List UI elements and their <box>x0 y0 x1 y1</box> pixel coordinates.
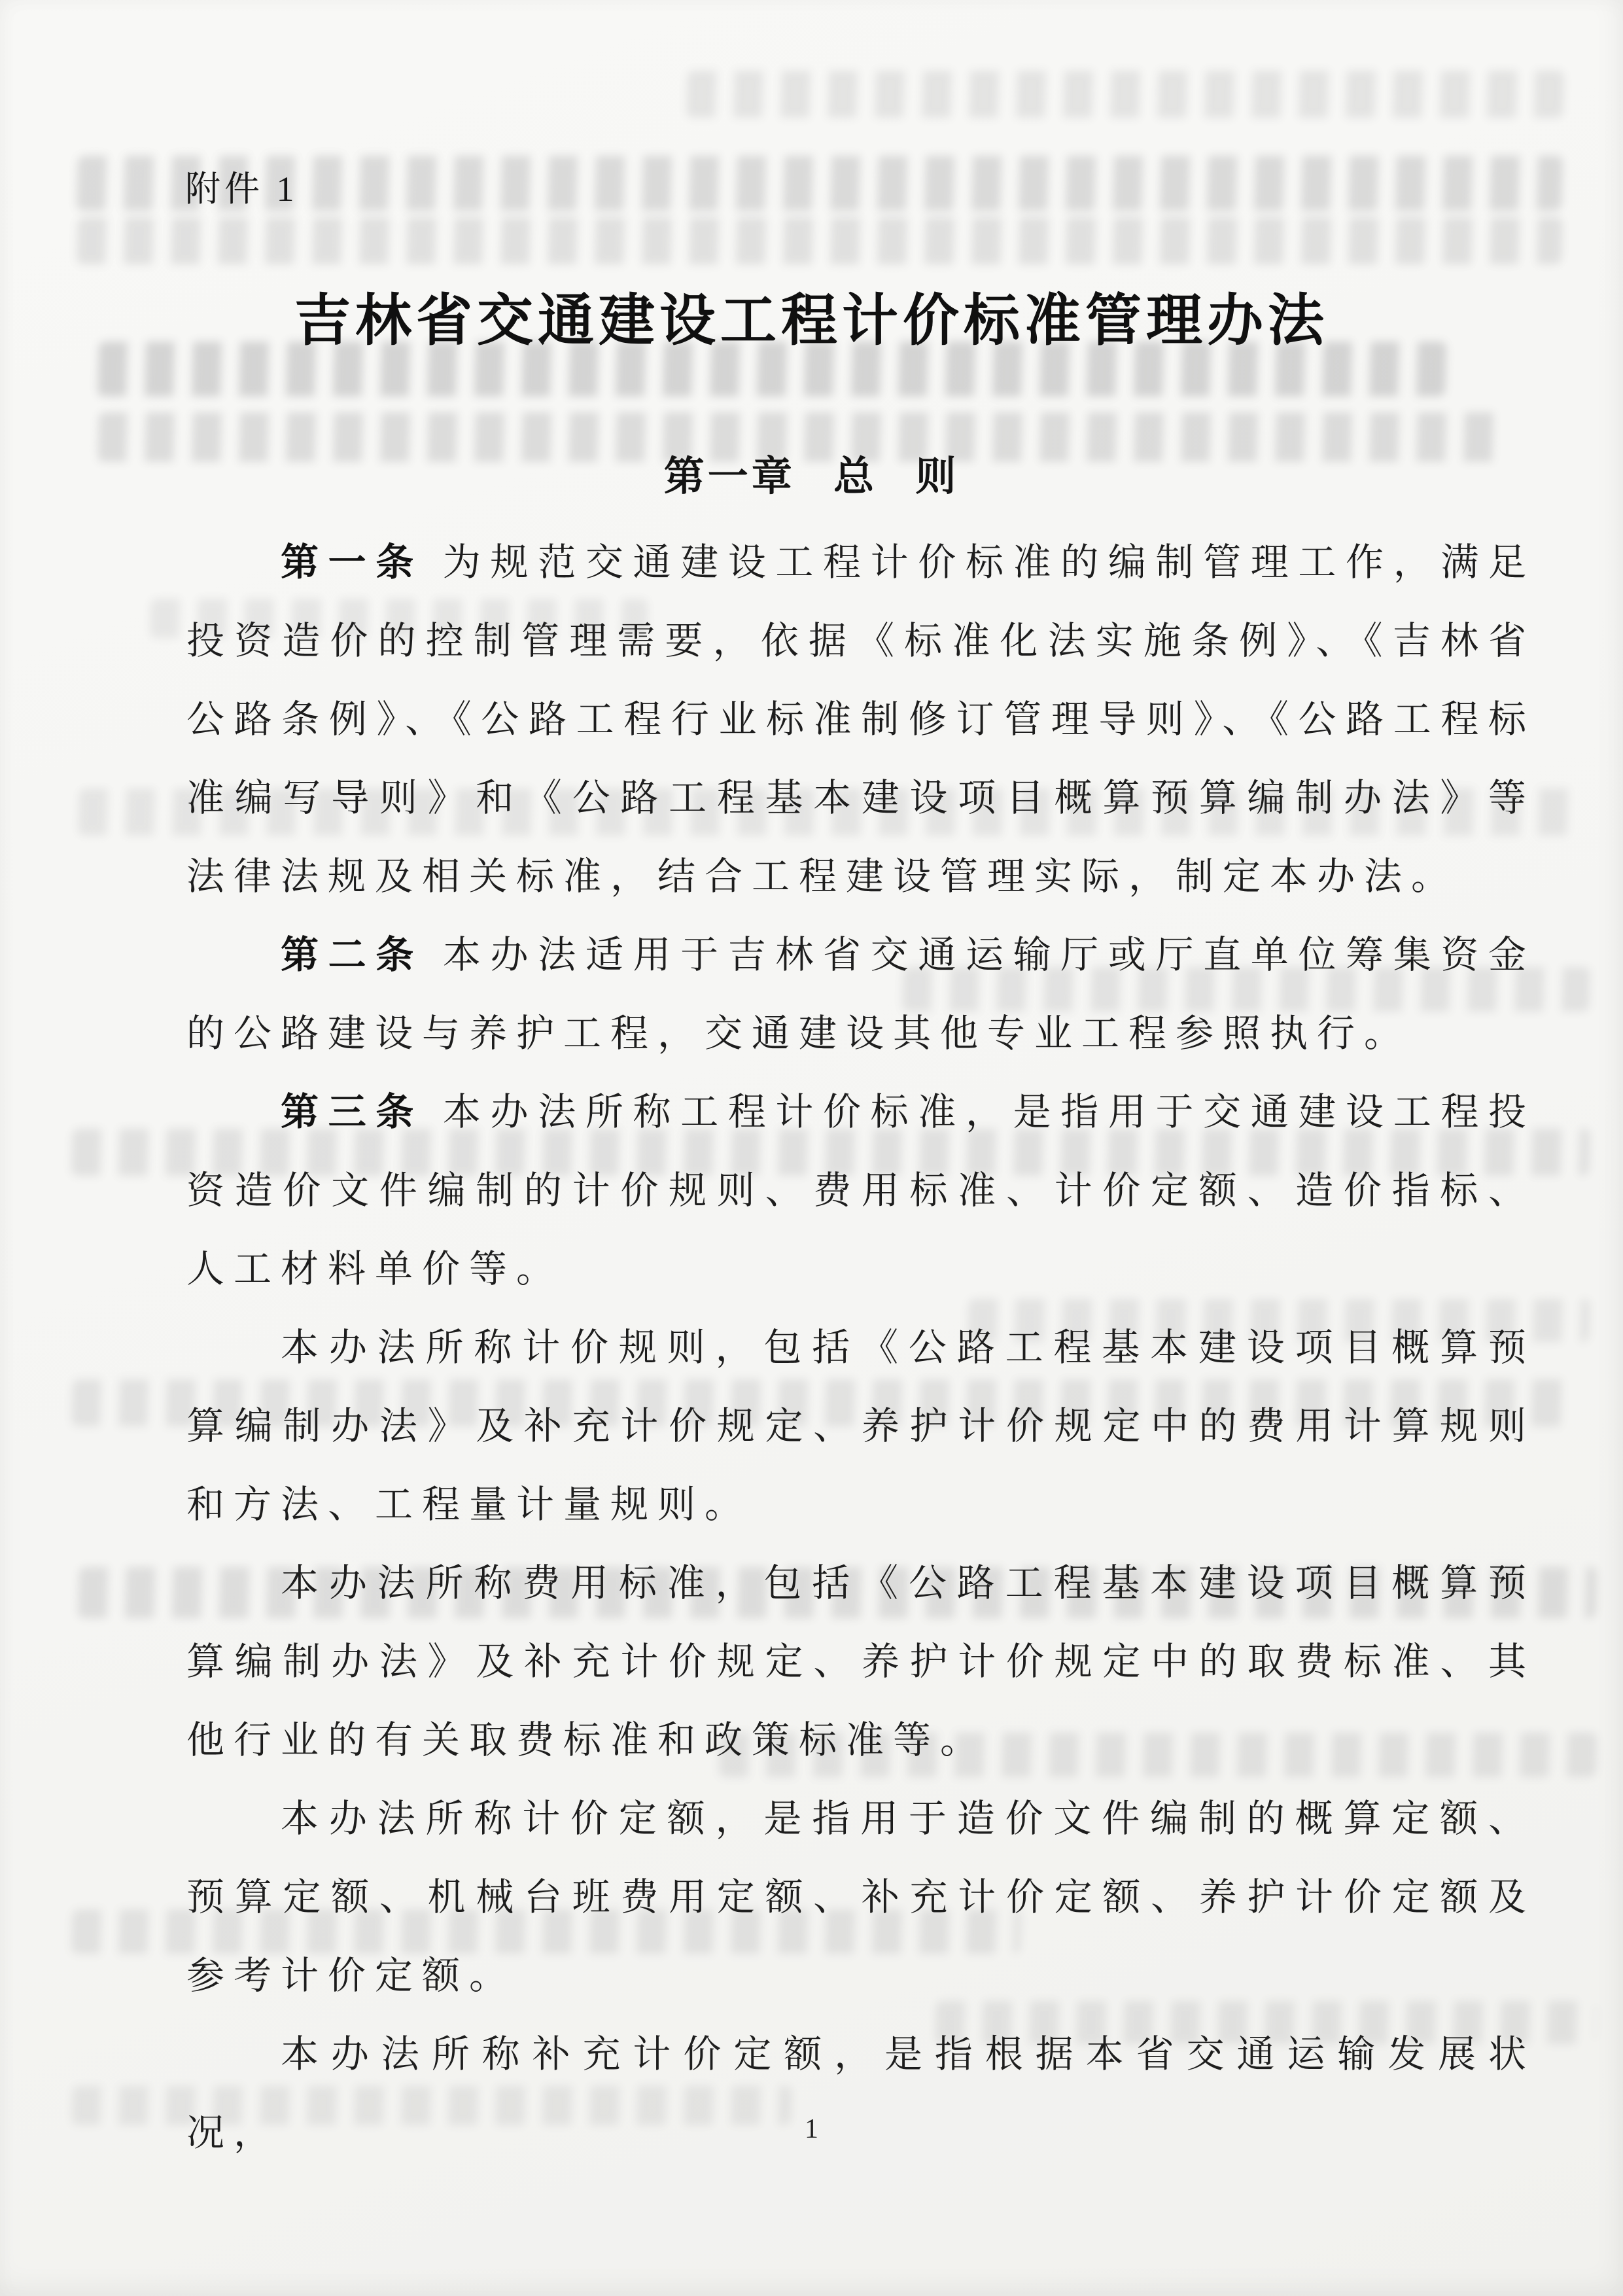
article-3-label: 第三条 <box>281 1091 423 1133</box>
paragraph-supplementary-quotas: 本办法所称补充计价定额，是指根据本省交通运输发展状况， <box>186 2015 1535 2172</box>
paragraph-fee-standards: 本办法所称费用标准，包括《公路工程基本建设项目概算预算编制办法》及补充计价规定、… <box>186 1544 1535 1780</box>
paragraph-4-text: 本办法所称计价规则，包括《公路工程基本建设项目概算预算编制办法》及补充计价规定、… <box>186 1326 1535 1526</box>
chapter-heading: 第一章 总 则 <box>0 444 1623 502</box>
document-title: 吉林省交通建设工程计价标准管理办法 <box>0 275 1623 356</box>
paragraph-6-text: 本办法所称计价定额，是指用于造价文件编制的概算定额、预算定额、机械台班费用定额、… <box>186 1797 1535 1997</box>
paragraph-article-1: 第一条为规范交通建设工程计价标准的编制管理工作，满足投资造价的控制管理需要，依据… <box>186 523 1535 916</box>
paragraph-5-text: 本办法所称费用标准，包括《公路工程基本建设项目概算预算编制办法》及补充计价规定、… <box>186 1562 1535 1761</box>
paragraph-article-2: 第二条本办法适用于吉林省交通运输厅或厅直单位筹集资金的公路建设与养护工程，交通建… <box>186 916 1535 1073</box>
paragraph-pricing-rules: 本办法所称计价规则，包括《公路工程基本建设项目概算预算编制办法》及补充计价规定、… <box>186 1309 1535 1544</box>
article-2-label: 第二条 <box>281 934 423 976</box>
paragraph-pricing-quotas: 本办法所称计价定额，是指用于造价文件编制的概算定额、预算定额、机械台班费用定额、… <box>186 1780 1535 2015</box>
scanned-document-page: 附件 1 吉林省交通建设工程计价标准管理办法 第一章 总 则 第一条为规范交通建… <box>0 0 1623 2296</box>
attachment-label: 附件 1 <box>185 161 298 211</box>
article-1-label: 第一条 <box>281 541 423 584</box>
page-number: 1 <box>0 2113 1623 2145</box>
document-content: 附件 1 吉林省交通建设工程计价标准管理办法 第一章 总 则 第一条为规范交通建… <box>0 0 1623 2296</box>
article-1-text: 为规范交通建设工程计价标准的编制管理工作，满足投资造价的控制管理需要，依据《标准… <box>186 541 1535 898</box>
paragraph-article-3: 第三条本办法所称工程计价标准，是指用于交通建设工程投资造价文件编制的计价规则、费… <box>186 1073 1535 1309</box>
document-body: 第一条为规范交通建设工程计价标准的编制管理工作，满足投资造价的控制管理需要，依据… <box>186 523 1535 2172</box>
